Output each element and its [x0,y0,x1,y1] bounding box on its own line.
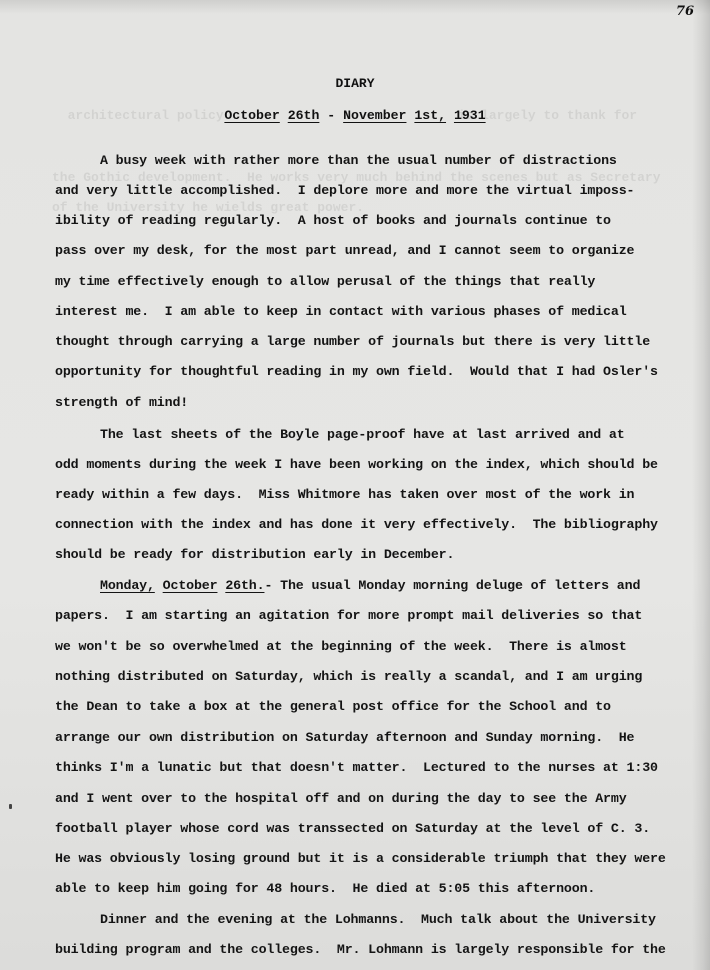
text-line: thought through carrying a large number … [55,334,650,349]
text-line: building program and the colleges. Mr. L… [55,942,666,957]
text-line: strength of mind! [55,395,188,410]
text-line: opportunity for thoughtful reading in my… [55,364,658,379]
text-line: we won't be so overwhelmed at the beginn… [55,639,627,654]
text-line: pass over my desk, for the most part unr… [55,243,634,258]
text-line: - The usual Monday morning deluge of let… [264,578,640,593]
text-line: should be ready for distribution early i… [55,547,454,562]
page-number: 76 [676,4,694,19]
entry-date-part: Monday, [100,578,155,593]
date-part: 26th [288,108,320,123]
text-line: A busy week with rather more than the us… [100,153,617,168]
text-line: He was obviously losing ground but it is… [55,851,666,866]
text-line: my time effectively enough to allow peru… [55,274,595,289]
text-line: and I went over to the hospital off and … [55,791,627,806]
text-line: Dinner and the evening at the Lohmanns. … [100,912,656,927]
text-line: the Dean to take a box at the general po… [55,699,611,714]
text-line: thinks I'm a lunatic but that doesn't ma… [55,760,658,775]
date-part: 1931 [454,108,486,123]
paper-speck [9,804,12,809]
date-part: October [224,108,279,123]
page-title: DIARY [0,76,710,91]
date-range-heading: October 26th - November 1st, 1931 [0,108,710,123]
entry-date-part: 26th. [225,578,264,593]
text-line: able to keep him going for 48 hours. He … [55,881,595,896]
text-line: nothing distributed on Saturday, which i… [55,669,642,684]
page-edge-shadow [692,0,710,970]
text-line: ibility of reading regularly. A host of … [55,213,611,228]
document-page: architectural policy is largely to thank… [0,0,710,970]
text-line: papers. I am starting an agitation for m… [55,608,642,623]
date-part: 1st, [414,108,446,123]
entry-date-part: October [163,578,218,593]
text-line: odd moments during the week I have been … [55,457,658,472]
entry-heading-line: Monday, October 26th.- The usual Monday … [100,578,640,593]
date-part: November [343,108,406,123]
text-line: interest me. I am able to keep in contac… [55,304,627,319]
text-line: football player whose cord was transsect… [55,821,650,836]
text-line: ready within a few days. Miss Whitmore h… [55,487,634,502]
text-line: The last sheets of the Boyle page-proof … [100,427,625,442]
date-separator: - [327,108,335,123]
text-line: and very little accomplished. I deplore … [55,183,634,198]
text-line: arrange our own distribution on Saturday… [55,730,634,745]
text-line: connection with the index and has done i… [55,517,658,532]
